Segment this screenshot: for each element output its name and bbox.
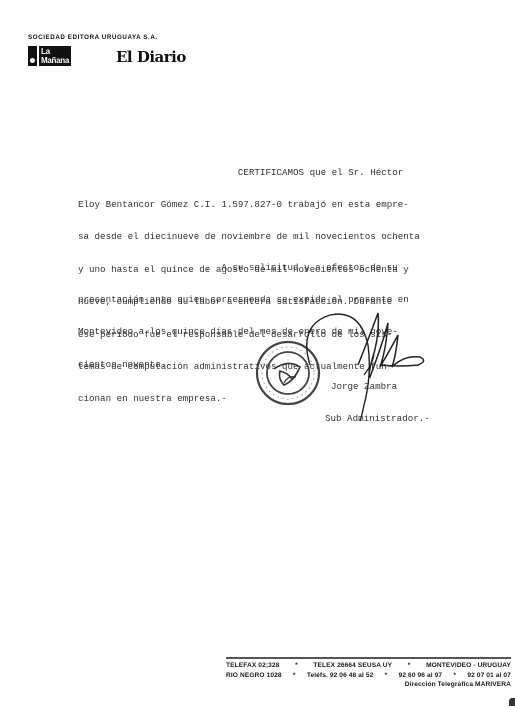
signer-name: Jorge Zambra bbox=[329, 382, 430, 393]
footer-line-2: RIO NEGRO 1028 * Teléfs. 92 06 48 al 52 … bbox=[226, 671, 511, 681]
footer-divider bbox=[226, 657, 511, 659]
logo-emblem-icon bbox=[28, 46, 37, 66]
signer-title: Sub Administrador.- bbox=[325, 414, 430, 425]
text-line: CERTIFICAMOS que el Sr. Héctor bbox=[78, 168, 488, 179]
la-manana-logo: La Mañana bbox=[28, 46, 71, 66]
signer-block: Jorge Zambra Sub Administrador.- bbox=[329, 360, 430, 436]
el-diario-logo: El Diario bbox=[116, 48, 186, 66]
text-line: Eloy Bentancor Gómez C.I. 1.597.827-0 tr… bbox=[78, 200, 488, 211]
letterhead-footer: TELEFAX 02;328 * TELEX 26664 SEUSA UY * … bbox=[226, 661, 511, 690]
footer-line-1: TELEFAX 02;328 * TELEX 26664 SEUSA UY * … bbox=[226, 661, 511, 671]
scan-artifact bbox=[509, 698, 515, 706]
la-manana-logo-text: La Mañana bbox=[39, 46, 71, 66]
company-name: SOCIEDAD EDITORA URUGUAYA S.A. bbox=[28, 34, 158, 41]
footer-line-3: Dirección Telegráfica MARIVERA bbox=[226, 680, 511, 690]
text-line: . A su solicitud y a efectos de su bbox=[78, 263, 488, 274]
